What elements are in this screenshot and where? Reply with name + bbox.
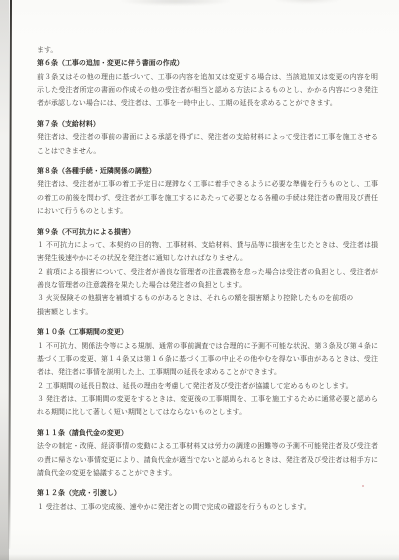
article-heading: 第８条（各種手続・近隣関係の調整） xyxy=(37,165,378,178)
article-text-line: において行うものとします。 xyxy=(37,205,378,218)
article-text-line: 者が承認しない場合には、受注者は、工事を一時中止し、工期の延長を求めることができ… xyxy=(37,97,378,110)
scanned-contract-page: ます。第６条（工事の追加・変更に伴う書面の作成）前３条又はその他の理由に基づいて… xyxy=(0,0,399,560)
article-text-line: 発注者は、受注者の事前の書面による承認を得ずに、発注者の支給材料によって受注者に… xyxy=(37,131,378,144)
article-text-line: 損害額とします。 xyxy=(37,306,378,319)
article-text-line: 前３条又はその他の理由に基づいて、工事の内容を追加又は変更する場合は、当該追加又… xyxy=(37,71,378,84)
article-text-line: ことはできません。 xyxy=(37,145,378,158)
article-text-line: ３ 発注者は、工事期間の変更をするときは、変更後の工事期間を、工事を施工するため… xyxy=(37,393,378,406)
scan-smudge xyxy=(118,0,233,6)
scan-bottom-shadow xyxy=(0,554,399,560)
article-heading: 第６条（工事の追加・変更に伴う書面の作成） xyxy=(37,57,378,70)
article-text-line: 基づく工事の変更、第１４条又は第１６条に基づく工事の中止その他やむを得ない事由が… xyxy=(37,353,378,366)
article-text-line: １ 不可抗力によって、本契約の目的物、工事材料、支給材料、貸与品等に損害を生じた… xyxy=(37,239,378,252)
article-text-line: ２ 前項による損害について、受注者が善良な管理者の注意義務を怠った場合は受注者の… xyxy=(37,266,378,279)
article-text-line: 示した受注者所定の書面の作成その他の受注者が相当と認める方法によるものとし、かか… xyxy=(37,84,378,97)
scan-smudge xyxy=(272,0,342,4)
article-text-line: れる期間に比して著しく短い期間としてはならないものとします。 xyxy=(37,406,378,419)
contract-text-block: ます。第６条（工事の追加・変更に伴う書面の作成）前３条又はその他の理由に基づいて… xyxy=(37,44,378,514)
article-text-line: ３ 火災保険その他損害を補填するものがあるときは、それらの額を損害額より控除した… xyxy=(37,292,378,305)
article-text-line: の責に帰さない事情変更により、請負代金が適当でないと認められるときは、発注者及び… xyxy=(37,454,378,467)
article-heading: 第９条（不可抗力による損害） xyxy=(37,226,378,239)
article-text-line: ２ 工事期間の延長日数は、延長の理由を考慮して発注者及び受注者が協議して定めるも… xyxy=(37,380,378,393)
article-text-line: １ 不可抗力、関係法令等による規制、通常の事前調査では合理的に予測不可能な状況、… xyxy=(37,340,378,353)
article-text-line: 善良な管理者の注意義務を果たした場合は発注者の負担とします。 xyxy=(37,279,378,292)
article-text-line: 害発生後速やかにその状況を発注者に通知しなければなりません。 xyxy=(37,252,378,265)
article-text-line: １ 受注者は、工事の完成後、速やかに発注者との間で完成の確認を行うものとします。 xyxy=(37,501,378,514)
article-text-line: の着工の前後を問わず、受注者が工事を施工するにあたって必要となる各種の手続は発注… xyxy=(37,192,378,205)
article-heading: 第７条（支給材料） xyxy=(37,118,378,131)
article-text-line: ます。 xyxy=(37,44,378,57)
article-heading: 第１２条（完成・引渡し） xyxy=(37,487,378,500)
article-text-line: 法令の制定・改廃、経済事情の変動による工事材料又は労力の調達の困難等の予測不可能… xyxy=(37,440,378,453)
article-text-line: 発注者は、受注者が工事の着工予定日に遅滞なく工事に着手できるように必要な準備を行… xyxy=(37,178,378,191)
article-text-line: 請負代金の変更を協議することができます。 xyxy=(37,467,378,480)
article-text-line: 者は、発注者に事情を説明した上、工事期間の延長を求めることができます。 xyxy=(37,366,378,379)
article-heading: 第１１条（請負代金の変更） xyxy=(37,427,378,440)
article-heading: 第１０条（工事期間の変更） xyxy=(37,326,378,339)
